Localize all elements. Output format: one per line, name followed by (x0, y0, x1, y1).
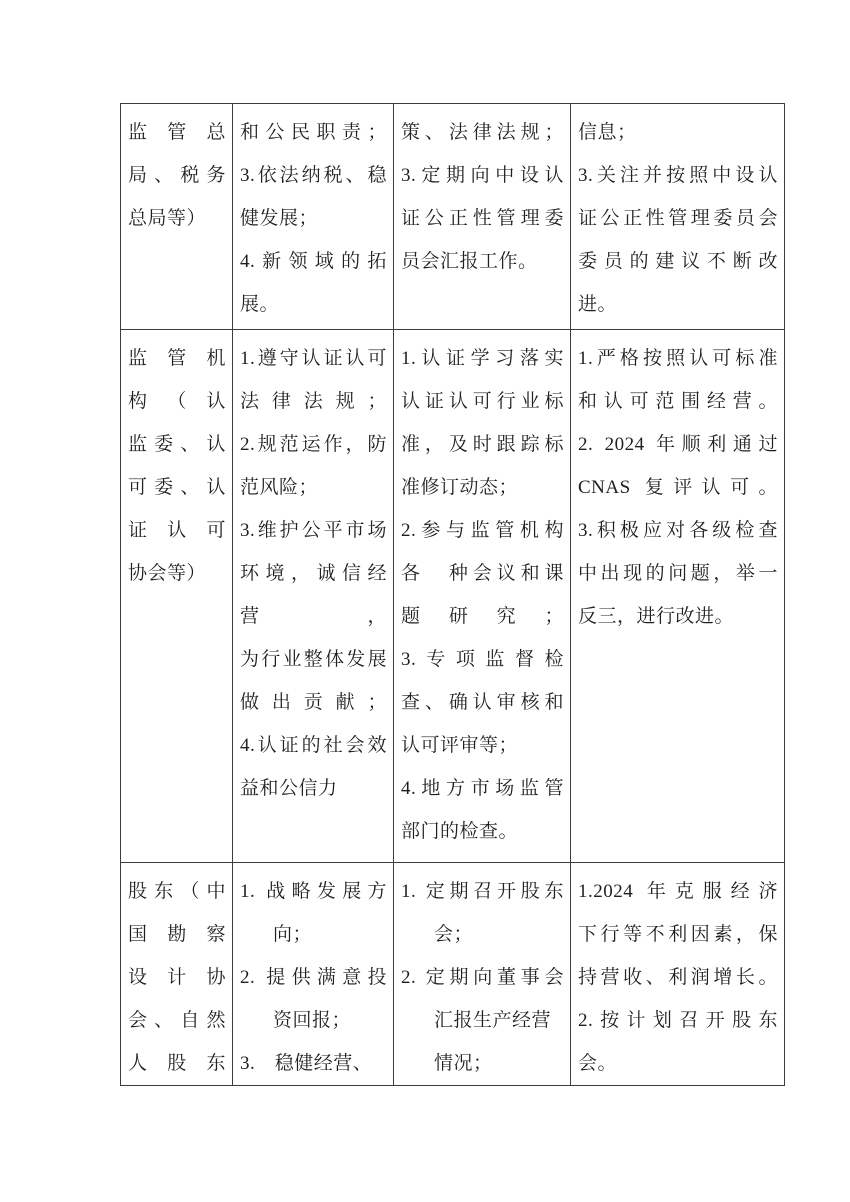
cell-line: 情况； (401, 1042, 564, 1085)
table-cell: 1.2024 年克服经济下行等不利因素，保持营收、利润增长。2.按计划召开股东会… (571, 863, 785, 1086)
cell-line: 2.按计划召开股东 (578, 999, 778, 1042)
table-row: 监管总局、税务总局等）和公民职责；3.依法纳税、稳健发展；4.新领域的拓展。策、… (121, 104, 785, 330)
cell-line: 1.2024 年克服经济 (578, 870, 778, 913)
stakeholder-table: 监管总局、税务总局等）和公民职责；3.依法纳税、稳健发展；4.新领域的拓展。策、… (120, 103, 785, 1086)
table-cell: 信息；3.关注并按照中设认证公正性管理委员会委员的建议不断改进。 (571, 104, 785, 330)
cell-line: 持营收、利润增长。 (578, 956, 778, 999)
cell-line: 2. 定期向董事会 (401, 956, 564, 999)
cell-line: 进。 (578, 283, 778, 326)
cell-line: 会。 (578, 1042, 778, 1085)
cell-line: 协会等） (128, 552, 226, 595)
cell-line: 局、税务 (128, 154, 226, 197)
cell-line: 反三，进行改进。 (578, 595, 778, 638)
cell-line: 法律法规； (240, 380, 387, 423)
cell-line: 做出贡献； (240, 681, 387, 724)
cell-line: 4.认证的社会效 (240, 724, 387, 767)
cell-line: 总局等） (128, 197, 226, 240)
cell-line: 监管机 (128, 337, 226, 380)
document-page: 监管总局、税务总局等）和公民职责；3.依法纳税、稳健发展；4.新领域的拓展。策、… (0, 0, 850, 1202)
cell-line: 2. 2024 年顺利通过 (578, 423, 778, 466)
cell-line: 查、确认审核和 (401, 681, 564, 724)
table-cell: 股东（中国勘察设计协会、自然人股东 (121, 863, 233, 1086)
cell-line: 准修订动态； (401, 466, 564, 509)
cell-line: 益和公信力 (240, 767, 387, 810)
cell-line: 3.定期向中设认 (401, 154, 564, 197)
cell-line: CNAS 复评认可。 (578, 466, 778, 509)
cell-line: 1.严格按照认可标准 (578, 337, 778, 380)
table-cell: 1.严格按照认可标准和认可范围经营。2. 2024 年顺利通过CNAS 复评认可… (571, 330, 785, 863)
table-row: 股东（中国勘察设计协会、自然人股东1. 战略发展方向；2. 提供满意投资回报；3… (121, 863, 785, 1086)
cell-line: 监管总 (128, 111, 226, 154)
cell-line: 认可评审等； (401, 724, 564, 767)
cell-line: 资回报； (240, 999, 387, 1042)
table-cell: 策、法律法规；3.定期向中设认证公正性管理委员会汇报工作。 (394, 104, 571, 330)
cell-line: 展。 (240, 283, 387, 326)
cell-line: 信息； (578, 111, 778, 154)
cell-line: 和认可范围经营。 (578, 380, 778, 423)
cell-line: 监委、认 (128, 423, 226, 466)
table-cell: 1. 定期召开股东会；2. 定期向董事会汇报生产经营情况； (394, 863, 571, 1086)
cell-line: 汇报生产经营 (401, 999, 564, 1042)
table-cell: 监管机构（认监委、认可委、认证认可协会等） (121, 330, 233, 863)
cell-line: 设计协 (128, 956, 226, 999)
cell-line: 健发展； (240, 197, 387, 240)
cell-line: 部门的检查。 (401, 810, 564, 853)
cell-line: 3.专项监督检 (401, 638, 564, 681)
cell-line: 1. 定期召开股东 (401, 870, 564, 913)
table-cell: 1. 战略发展方向；2. 提供满意投资回报；3. 稳健经营、 (233, 863, 394, 1086)
cell-line: 委员的建议不断改 (578, 240, 778, 283)
cell-line: 会； (401, 913, 564, 956)
table-body: 监管总局、税务总局等）和公民职责；3.依法纳税、稳健发展；4.新领域的拓展。策、… (121, 104, 785, 1086)
cell-line: 1. 战略发展方 (240, 870, 387, 913)
table-cell: 和公民职责；3.依法纳税、稳健发展；4.新领域的拓展。 (233, 104, 394, 330)
cell-line: 4.新领域的拓 (240, 240, 387, 283)
cell-line: 4.地方市场监管 (401, 767, 564, 810)
table-cell: 监管总局、税务总局等） (121, 104, 233, 330)
cell-line: 3. 稳健经营、 (240, 1042, 387, 1085)
cell-line: 国勘察 (128, 913, 226, 956)
cell-line: 准，及时跟踪标 (401, 423, 564, 466)
cell-line: 2.参与监管机构 (401, 509, 564, 552)
cell-line: 策、法律法规； (401, 111, 564, 154)
cell-line: 证认可 (128, 509, 226, 552)
cell-line: 为行业整体发展 (240, 638, 387, 681)
cell-line: 人股东 (128, 1042, 226, 1085)
table-cell: 1.认证学习落实认证认可行业标准，及时跟踪标准修订动态；2.参与监管机构各 种会… (394, 330, 571, 863)
table-row: 监管机构（认监委、认可委、认证认可协会等）1.遵守认证认可法律法规；2.规范运作… (121, 330, 785, 863)
cell-line: 题研究； (401, 595, 564, 638)
cell-line: 股东（中 (128, 870, 226, 913)
cell-line: 各 种会议和课 (401, 552, 564, 595)
cell-line: 1.认证学习落实 (401, 337, 564, 380)
cell-line: 证公正性管理委 (401, 197, 564, 240)
cell-line: 员会汇报工作。 (401, 240, 564, 283)
cell-line: 认证认可行业标 (401, 380, 564, 423)
cell-line: 3.关注并按照中设认 (578, 154, 778, 197)
cell-line: 3.维护公平市场 (240, 509, 387, 552)
cell-line: 下行等不利因素，保 (578, 913, 778, 956)
cell-line: 2. 提供满意投 (240, 956, 387, 999)
cell-line: 可委、认 (128, 466, 226, 509)
cell-line: 证公正性管理委员会 (578, 197, 778, 240)
table-cell: 1.遵守认证认可法律法规；2.规范运作，防范风险；3.维护公平市场环境，诚信经营… (233, 330, 394, 863)
cell-line: 1.遵守认证认可 (240, 337, 387, 380)
cell-line: 向； (240, 913, 387, 956)
cell-line: 环境，诚信经营， (240, 552, 387, 638)
cell-line: 3.积极应对各级检查 (578, 509, 778, 552)
cell-line: 3.依法纳税、稳 (240, 154, 387, 197)
cell-line: 范风险； (240, 466, 387, 509)
cell-line: 构（认 (128, 380, 226, 423)
cell-line: 会、自然 (128, 999, 226, 1042)
cell-line: 中出现的问题，举一 (578, 552, 778, 595)
cell-line: 和公民职责； (240, 111, 387, 154)
cell-line: 2.规范运作，防 (240, 423, 387, 466)
